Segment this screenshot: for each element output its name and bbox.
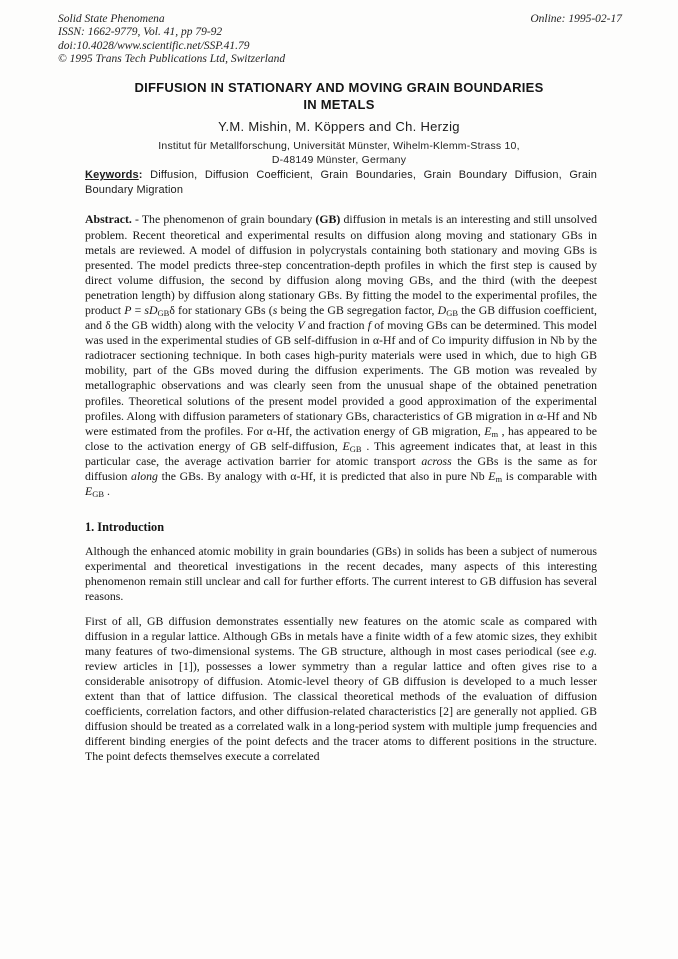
journal-name: Solid State Phenomena	[58, 13, 285, 26]
journal-header: Solid State Phenomena ISSN: 1662-9779, V…	[58, 13, 622, 67]
keywords: Keywords: Diffusion, Diffusion Coefficie…	[85, 168, 597, 198]
paper-title-line2: IN METALS	[0, 97, 678, 114]
introduction-paragraph-1: Although the enhanced atomic mobility in…	[85, 544, 597, 604]
abstract-paragraph: Abstract. - The phenomenon of grain boun…	[85, 212, 597, 499]
journal-issn-line: ISSN: 1662-9779, Vol. 41, pp 79-92	[58, 26, 285, 39]
journal-info: Solid State Phenomena ISSN: 1662-9779, V…	[58, 13, 285, 67]
main-text-column: Keywords: Diffusion, Diffusion Coefficie…	[85, 168, 597, 765]
paper-title-line1: DIFFUSION IN STATIONARY AND MOVING GRAIN…	[0, 80, 678, 97]
affiliation-line1: Institut für Metallforschung, Universitä…	[0, 140, 678, 154]
keywords-label: Keywords	[85, 169, 139, 181]
journal-copyright-line: © 1995 Trans Tech Publications Ltd, Swit…	[58, 53, 285, 66]
affiliation-line2: D-48149 Münster, Germany	[0, 154, 678, 168]
online-date: Online: 1995-02-17	[530, 13, 622, 26]
paper-page: Solid State Phenomena ISSN: 1662-9779, V…	[0, 0, 678, 959]
journal-doi-line: doi:10.4028/www.scientific.net/SSP.41.79	[58, 40, 285, 53]
authors: Y.M. Mishin, M. Köppers and Ch. Herzig	[0, 119, 678, 134]
keywords-text: Diffusion, Diffusion Coefficient, Grain …	[85, 169, 597, 196]
paper-title: DIFFUSION IN STATIONARY AND MOVING GRAIN…	[0, 80, 678, 113]
section-heading-introduction: 1. Introduction	[85, 520, 597, 535]
affiliation: Institut für Metallforschung, Universitä…	[0, 140, 678, 167]
introduction-paragraph-2: First of all, GB diffusion demonstrates …	[85, 614, 597, 765]
